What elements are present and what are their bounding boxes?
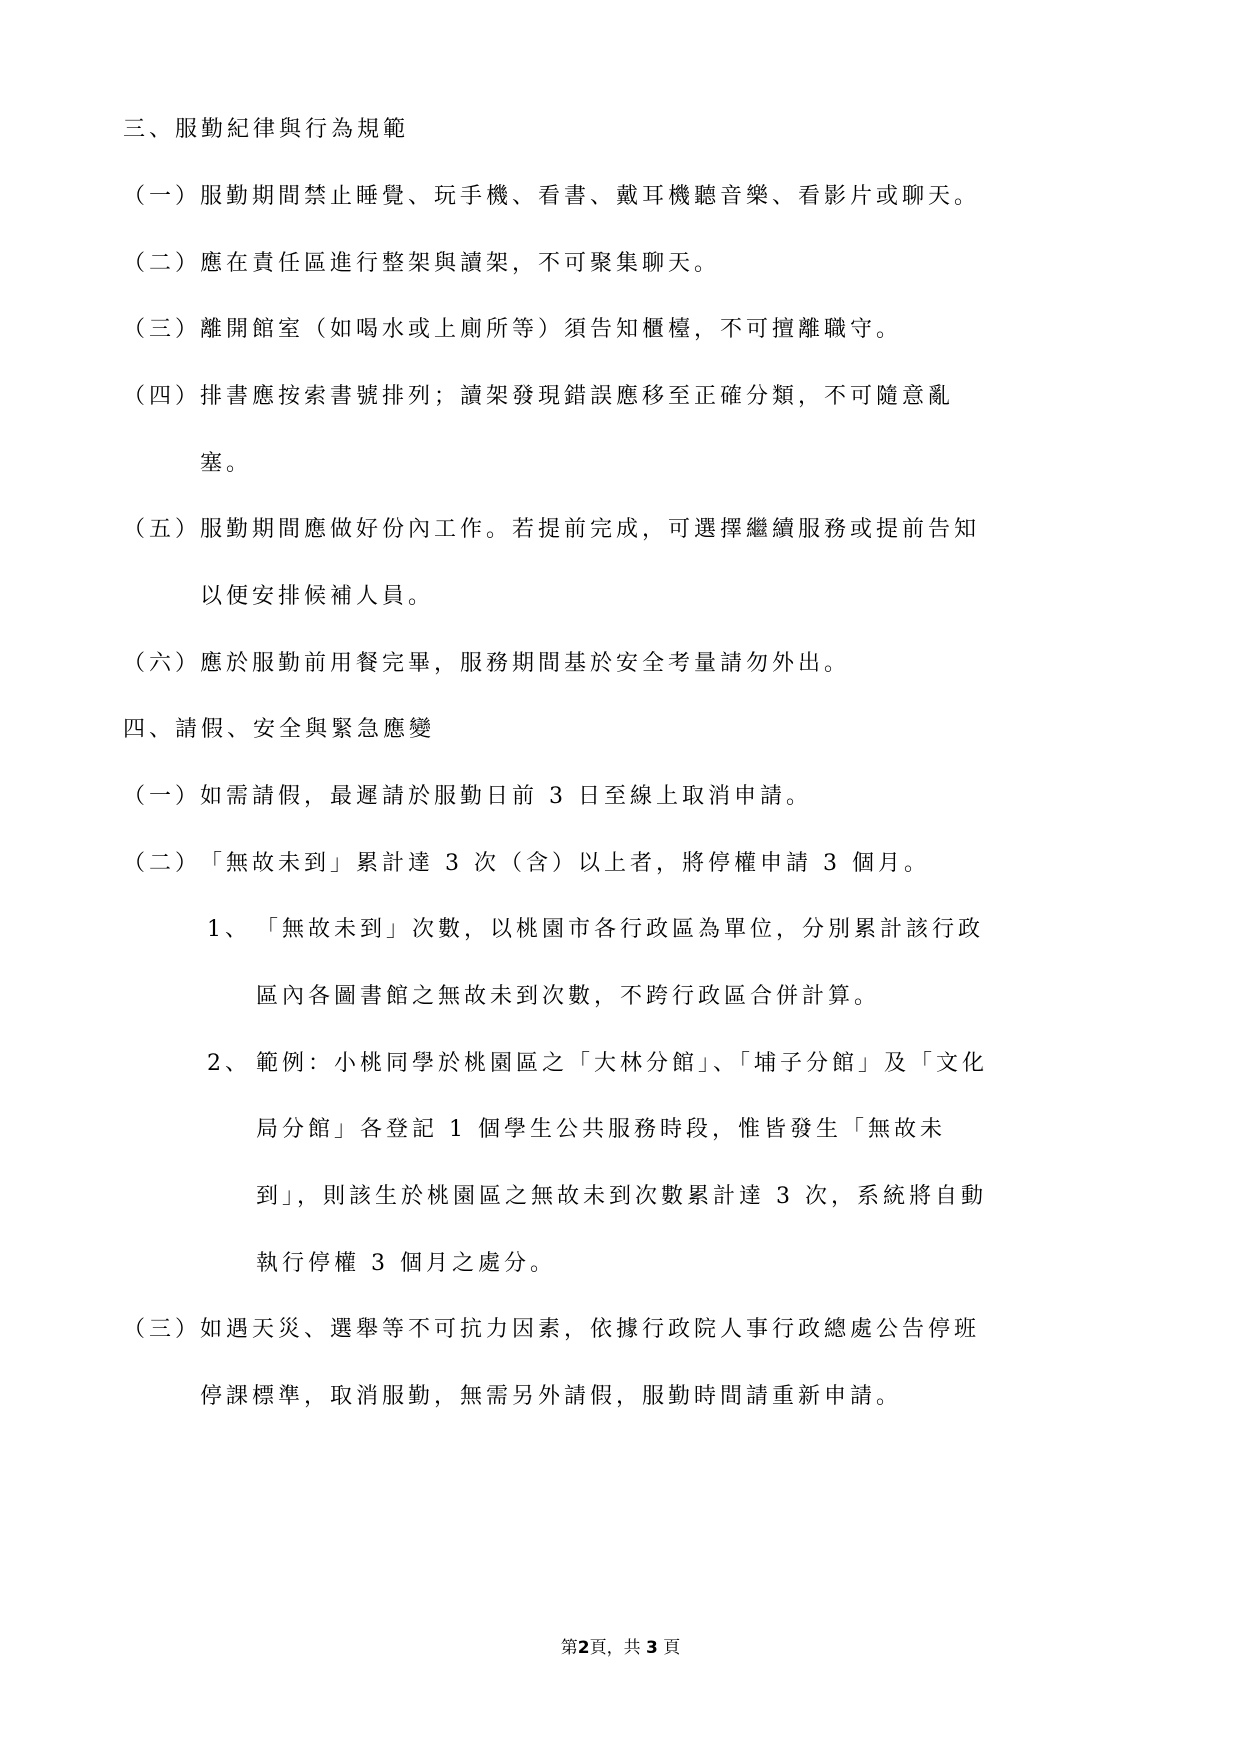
total-pages-number: 3 <box>646 1638 658 1658</box>
item-label: （六） <box>123 649 201 679</box>
subitem-label: 2、 <box>207 1049 251 1079</box>
item-text: 如遇天災、選舉等不可抗力因素，依據行政院人事行政總處公告停班 <box>200 1315 980 1345</box>
item-text: 應於服勤前用餐完畢，服務期間基於安全考量請勿外出。 <box>200 649 850 679</box>
item-text-continuation: 停課標準，取消服勤，無需另外請假，服勤時間請重新申請。 <box>200 1382 902 1412</box>
item-label: （四） <box>123 382 201 412</box>
item-label: （一） <box>123 182 201 212</box>
item-text-continuation: 以便安排候補人員。 <box>200 582 434 612</box>
page-prefix: 第 <box>561 1638 578 1658</box>
page-footer: 第2頁，共 3 頁 <box>0 1636 1241 1660</box>
item-text: 如需請假，最遲請於服勤日前 3 日至線上取消申請。 <box>200 782 812 812</box>
subitem-text: 「無故未到」次數，以桃園市各行政區為單位，分別累計該行政 <box>256 915 984 945</box>
subitem-text-continuation: 區內各圖書館之無故未到次數，不跨行政區合併計算。 <box>256 982 880 1012</box>
item-text: 「無故未到」累計達 3 次（含）以上者，將停權申請 3 個月。 <box>200 849 930 879</box>
item-label: （三） <box>123 1315 201 1345</box>
item-label: （二） <box>123 849 201 879</box>
item-text: 應在責任區進行整架與讀架，不可聚集聊天。 <box>200 249 720 279</box>
page-middle: 頁，共 <box>590 1638 646 1658</box>
item-label: （三） <box>123 315 201 345</box>
item-label: （二） <box>123 249 201 279</box>
document-page: 三、服勤紀律與行為規範 （一） 服勤期間禁止睡覺、玩手機、看書、戴耳機聽音樂、看… <box>0 0 1241 1755</box>
item-text: 離開館室（如喝水或上廁所等）須告知櫃檯，不可擅離職守。 <box>200 315 902 345</box>
item-text: 服勤期間應做好份內工作。若提前完成，可選擇繼續服務或提前告知 <box>200 515 980 545</box>
page-suffix: 頁 <box>658 1638 680 1658</box>
item-text: 排書應按索書號排列；讀架發現錯誤應移至正確分類，不可隨意亂 <box>200 382 954 412</box>
section-heading: 三、服勤紀律與行為規範 <box>123 115 409 145</box>
item-text-continuation: 塞。 <box>200 449 252 479</box>
subitem-label: 1、 <box>207 915 251 945</box>
subitem-text-continuation: 執行停權 3 個月之處分。 <box>256 1249 556 1279</box>
item-label: （五） <box>123 515 201 545</box>
subitem-text-continuation: 到」，則該生於桃園區之無故未到次數累計達 3 次，系統將自動 <box>256 1182 987 1212</box>
section-heading: 四、請假、安全與緊急應變 <box>123 715 435 745</box>
item-label: （一） <box>123 782 201 812</box>
subitem-text: 範例：小桃同學於桃園區之「大林分館」、「埔子分館」及「文化 <box>256 1049 988 1079</box>
subitem-text-continuation: 局分館」各登記 1 個學生公共服務時段，惟皆發生「無故未 <box>256 1115 946 1145</box>
current-page-number: 2 <box>578 1638 590 1658</box>
item-text: 服勤期間禁止睡覺、玩手機、看書、戴耳機聽音樂、看影片或聊天。 <box>200 182 980 212</box>
